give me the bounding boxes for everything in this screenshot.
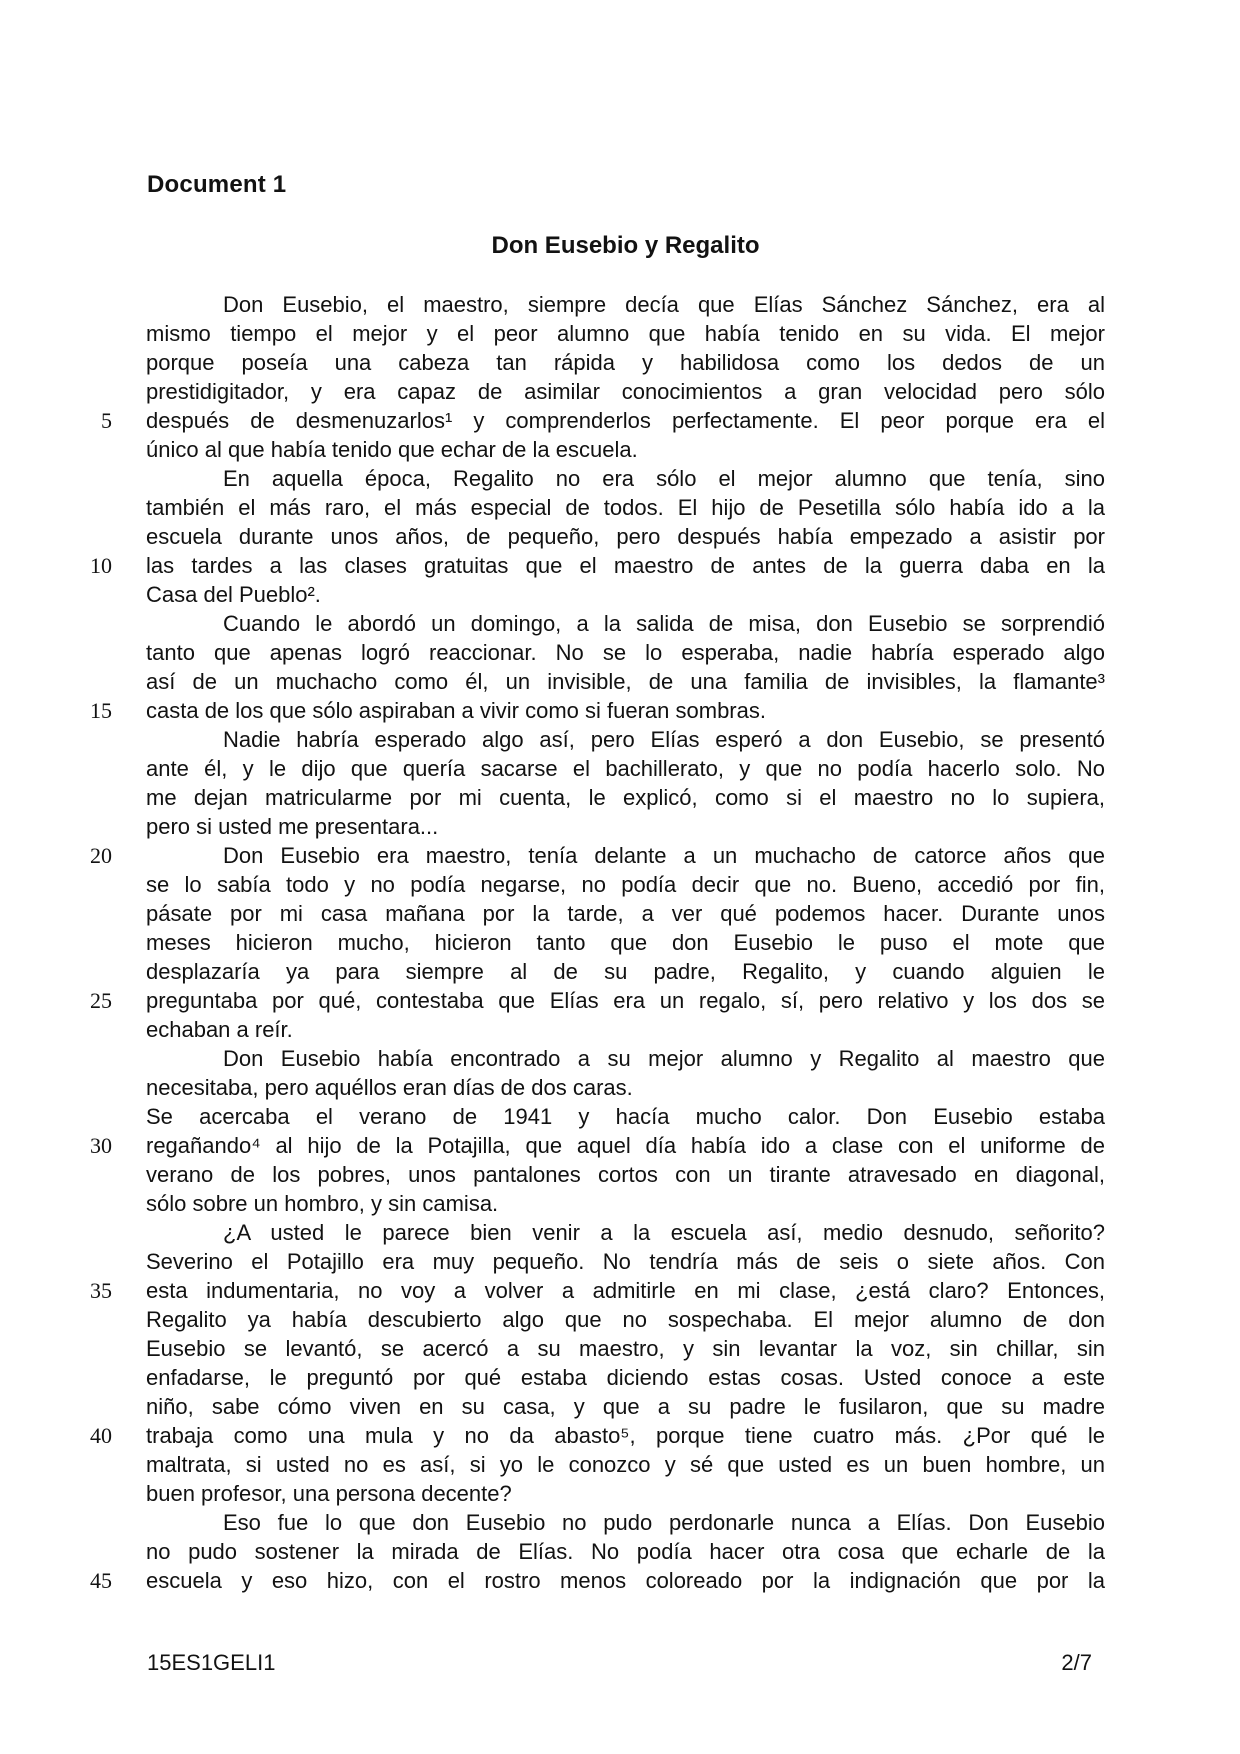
text-line: meses hicieron mucho, hicieron tanto que… bbox=[146, 928, 1105, 957]
document-label: Document 1 bbox=[147, 171, 286, 199]
text-line-content: no pudo sostener la mirada de Elías. No … bbox=[146, 1537, 1105, 1566]
text-line: no pudo sostener la mirada de Elías. No … bbox=[146, 1537, 1105, 1566]
text-line-content: Regalito ya había descubierto algo que n… bbox=[146, 1305, 1105, 1334]
text-line: Regalito ya había descubierto algo que n… bbox=[146, 1305, 1105, 1334]
text-line-content: escuela y eso hizo, con el rostro menos … bbox=[146, 1566, 1105, 1595]
footer-reference: 15ES1GELI1 bbox=[147, 1650, 275, 1676]
text-line: 40trabaja como una mula y no da abasto⁵,… bbox=[146, 1421, 1105, 1450]
text-line: Se acercaba el verano de 1941 y hacía mu… bbox=[146, 1102, 1105, 1131]
text-line-content: prestidigitador, y era capaz de asimilar… bbox=[146, 377, 1105, 406]
text-line-content: mismo tiempo el mejor y el peor alumno q… bbox=[146, 319, 1105, 348]
text-line-content: se lo sabía todo y no podía negarse, no … bbox=[146, 870, 1105, 899]
text-line: 45escuela y eso hizo, con el rostro meno… bbox=[146, 1566, 1105, 1595]
text-line-content: Don Eusebio había encontrado a su mejor … bbox=[146, 1044, 1105, 1073]
text-line: único al que había tenido que echar de l… bbox=[146, 435, 1105, 464]
line-number: 40 bbox=[82, 1421, 112, 1450]
text-line: porque poseía una cabeza tan rápida y ha… bbox=[146, 348, 1105, 377]
text-line-content: Se acercaba el verano de 1941 y hacía mu… bbox=[146, 1102, 1105, 1131]
text-line-content: meses hicieron mucho, hicieron tanto que… bbox=[146, 928, 1105, 957]
text-line-content: trabaja como una mula y no da abasto⁵, p… bbox=[146, 1421, 1105, 1450]
text-line-content: único al que había tenido que echar de l… bbox=[146, 435, 1105, 464]
text-line: buen profesor, una persona decente? bbox=[146, 1479, 1105, 1508]
text-line: verano de los pobres, unos pantalones co… bbox=[146, 1160, 1105, 1189]
text-line-content: buen profesor, una persona decente? bbox=[146, 1479, 1105, 1508]
text-line: desplazaría ya para siempre al de su pad… bbox=[146, 957, 1105, 986]
text-line-content: desplazaría ya para siempre al de su pad… bbox=[146, 957, 1105, 986]
text-line-content: Eso fue lo que don Eusebio no pudo perdo… bbox=[146, 1508, 1105, 1537]
document-page: Document 1 Don Eusebio y Regalito Don Eu… bbox=[0, 0, 1240, 1754]
text-line-content: porque poseía una cabeza tan rápida y ha… bbox=[146, 348, 1105, 377]
text-line-content: Casa del Pueblo². bbox=[146, 580, 1105, 609]
text-line-content: esta indumentaria, no voy a volver a adm… bbox=[146, 1276, 1105, 1305]
line-number: 15 bbox=[82, 696, 112, 725]
text-line-content: pero si usted me presentara... bbox=[146, 812, 1105, 841]
text-line: prestidigitador, y era capaz de asimilar… bbox=[146, 377, 1105, 406]
text-line: ante él, y le dijo que quería sacarse el… bbox=[146, 754, 1105, 783]
text-line: necesitaba, pero aquéllos eran días de d… bbox=[146, 1073, 1105, 1102]
text-line: niño, sabe cómo viven en su casa, y que … bbox=[146, 1392, 1105, 1421]
text-body: Don Eusebio, el maestro, siempre decía q… bbox=[146, 290, 1105, 1595]
text-line-content: Eusebio se levantó, se acercó a su maest… bbox=[146, 1334, 1105, 1363]
text-line: 20Don Eusebio era maestro, tenía delante… bbox=[146, 841, 1105, 870]
line-number: 45 bbox=[82, 1566, 112, 1595]
text-line: maltrata, si usted no es así, si yo le c… bbox=[146, 1450, 1105, 1479]
text-line-content: también el más raro, el más especial de … bbox=[146, 493, 1105, 522]
text-line-content: niño, sabe cómo viven en su casa, y que … bbox=[146, 1392, 1105, 1421]
footer-page-number: 2/7 bbox=[1061, 1650, 1092, 1676]
text-line-content: sólo sobre un hombro, y sin camisa. bbox=[146, 1189, 1105, 1218]
text-line-content: Don Eusebio, el maestro, siempre decía q… bbox=[146, 290, 1105, 319]
text-line-content: maltrata, si usted no es así, si yo le c… bbox=[146, 1450, 1105, 1479]
text-line: 5después de desmenuzarlos¹ y comprenderl… bbox=[146, 406, 1105, 435]
text-line: 10las tardes a las clases gratuitas que … bbox=[146, 551, 1105, 580]
text-line: tanto que apenas logró reaccionar. No se… bbox=[146, 638, 1105, 667]
text-line: Nadie habría esperado algo así, pero Elí… bbox=[146, 725, 1105, 754]
text-line-content: tanto que apenas logró reaccionar. No se… bbox=[146, 638, 1105, 667]
text-line: enfadarse, le preguntó por qué estaba di… bbox=[146, 1363, 1105, 1392]
text-line: sólo sobre un hombro, y sin camisa. bbox=[146, 1189, 1105, 1218]
text-line-content: Severino el Potajillo era muy pequeño. N… bbox=[146, 1247, 1105, 1276]
text-line-content: después de desmenuzarlos¹ y comprenderlo… bbox=[146, 406, 1105, 435]
text-line: Don Eusebio había encontrado a su mejor … bbox=[146, 1044, 1105, 1073]
text-line-content: pásate por mi casa mañana por la tarde, … bbox=[146, 899, 1105, 928]
text-line-content: ante él, y le dijo que quería sacarse el… bbox=[146, 754, 1105, 783]
text-line-content: enfadarse, le preguntó por qué estaba di… bbox=[146, 1363, 1105, 1392]
text-line: también el más raro, el más especial de … bbox=[146, 493, 1105, 522]
text-line: ¿A usted le parece bien venir a la escue… bbox=[146, 1218, 1105, 1247]
text-line-content: verano de los pobres, unos pantalones co… bbox=[146, 1160, 1105, 1189]
text-line-content: preguntaba por qué, contestaba que Elías… bbox=[146, 986, 1105, 1015]
text-line-content: En aquella época, Regalito no era sólo e… bbox=[146, 464, 1105, 493]
text-line-content: Nadie habría esperado algo así, pero Elí… bbox=[146, 725, 1105, 754]
text-line-content: escuela durante unos años, de pequeño, p… bbox=[146, 522, 1105, 551]
text-line-content: ¿A usted le parece bien venir a la escue… bbox=[146, 1218, 1105, 1247]
text-line-content: las tardes a las clases gratuitas que el… bbox=[146, 551, 1105, 580]
text-line: Eso fue lo que don Eusebio no pudo perdo… bbox=[146, 1508, 1105, 1537]
text-line: Eusebio se levantó, se acercó a su maest… bbox=[146, 1334, 1105, 1363]
text-line: 30regañando⁴ al hijo de la Potajilla, qu… bbox=[146, 1131, 1105, 1160]
text-line: así de un muchacho como él, un invisible… bbox=[146, 667, 1105, 696]
text-line: echaban a reír. bbox=[146, 1015, 1105, 1044]
text-line: escuela durante unos años, de pequeño, p… bbox=[146, 522, 1105, 551]
text-line: pásate por mi casa mañana por la tarde, … bbox=[146, 899, 1105, 928]
text-line-content: Don Eusebio era maestro, tenía delante a… bbox=[146, 841, 1105, 870]
line-number: 30 bbox=[82, 1131, 112, 1160]
text-line: 15casta de los que sólo aspiraban a vivi… bbox=[146, 696, 1105, 725]
text-line-content: echaban a reír. bbox=[146, 1015, 1105, 1044]
text-line-content: así de un muchacho como él, un invisible… bbox=[146, 667, 1105, 696]
line-number: 10 bbox=[82, 551, 112, 580]
text-line-content: me dejan matricularme por mi cuenta, le … bbox=[146, 783, 1105, 812]
line-number: 25 bbox=[82, 986, 112, 1015]
text-line-content: regañando⁴ al hijo de la Potajilla, que … bbox=[146, 1131, 1105, 1160]
text-line-content: casta de los que sólo aspiraban a vivir … bbox=[146, 696, 1105, 725]
text-line: Severino el Potajillo era muy pequeño. N… bbox=[146, 1247, 1105, 1276]
text-line: 25preguntaba por qué, contestaba que Elí… bbox=[146, 986, 1105, 1015]
line-number: 35 bbox=[82, 1276, 112, 1305]
line-number: 5 bbox=[82, 406, 112, 435]
text-line: Cuando le abordó un domingo, a la salida… bbox=[146, 609, 1105, 638]
text-line: Casa del Pueblo². bbox=[146, 580, 1105, 609]
text-line: me dejan matricularme por mi cuenta, le … bbox=[146, 783, 1105, 812]
page-footer: 15ES1GELI1 2/7 bbox=[147, 1650, 1092, 1676]
text-line: Don Eusebio, el maestro, siempre decía q… bbox=[146, 290, 1105, 319]
text-line: 35esta indumentaria, no voy a volver a a… bbox=[146, 1276, 1105, 1305]
text-line-content: Cuando le abordó un domingo, a la salida… bbox=[146, 609, 1105, 638]
text-line: En aquella época, Regalito no era sólo e… bbox=[146, 464, 1105, 493]
line-number: 20 bbox=[82, 841, 112, 870]
text-line: pero si usted me presentara... bbox=[146, 812, 1105, 841]
text-line: mismo tiempo el mejor y el peor alumno q… bbox=[146, 319, 1105, 348]
text-line-content: necesitaba, pero aquéllos eran días de d… bbox=[146, 1073, 1105, 1102]
text-line: se lo sabía todo y no podía negarse, no … bbox=[146, 870, 1105, 899]
document-title: Don Eusebio y Regalito bbox=[146, 232, 1105, 260]
